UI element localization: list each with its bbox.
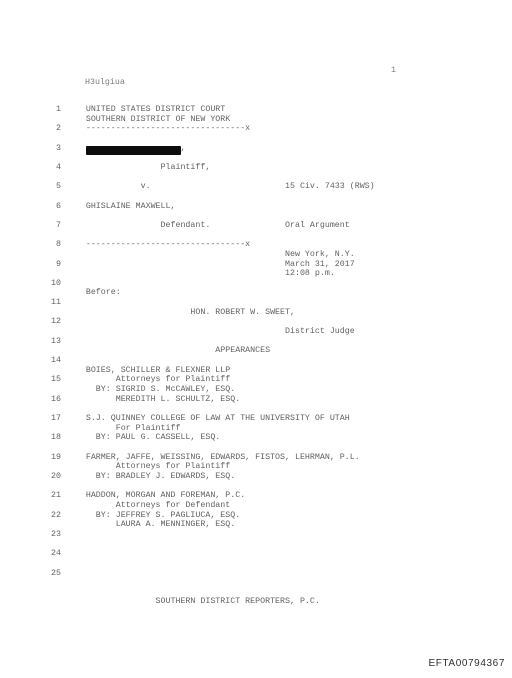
transcript-doc-id: H3ulgiua [85, 78, 125, 87]
transcript-body: 1 UNITED STATES DISTRICT COURT SOUTHERN … [51, 105, 375, 607]
plaintiff-name-redaction-bar [86, 146, 181, 155]
bates-number: EFTA00794367 [428, 658, 505, 669]
page-number: 1 [391, 66, 396, 75]
transcript-page: H3ulgiua 1 1 UNITED STATES DISTRICT COUR… [0, 0, 512, 678]
